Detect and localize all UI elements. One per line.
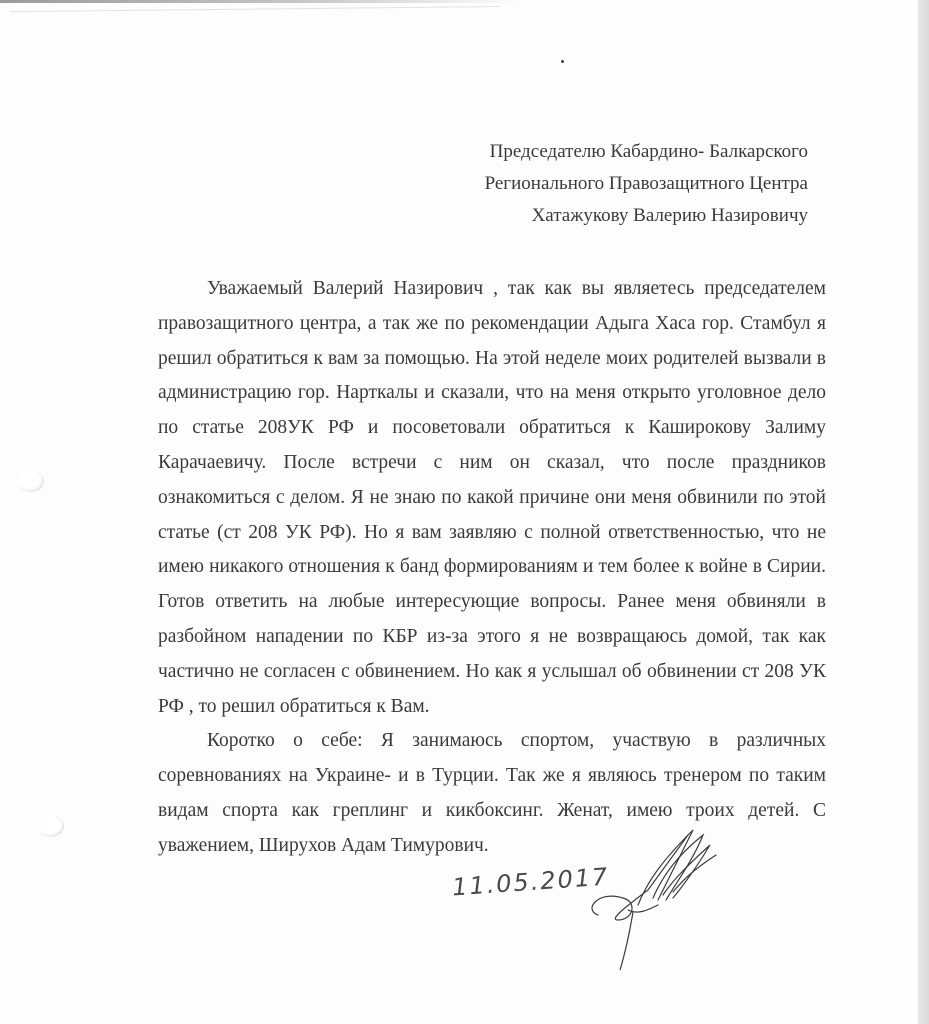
scan-right-edge [918,0,929,1024]
addressee-line-1: Председателю Кабардино- Балкарского [485,136,808,168]
signature-icon [578,820,728,970]
addressee-line-2: Регионального Правозащитного Центра [485,168,808,200]
scan-top-edge-line [10,6,500,12]
letter-body: Уважаемый Валерий Назирович , так как вы… [158,272,826,864]
scan-speck [561,60,564,63]
scan-top-edge-shadow [0,0,520,3]
punch-hole-bottom [38,815,64,837]
paragraph-appeal: Уважаемый Валерий Назирович , так как вы… [158,272,826,724]
scanned-page: Председателю Кабардино- Балкарского Реги… [0,0,918,1024]
punch-hole-top [18,470,44,492]
addressee-block: Председателю Кабардино- Балкарского Реги… [485,136,808,232]
addressee-line-3: Хатажукову Валерию Назировичу [485,200,808,232]
